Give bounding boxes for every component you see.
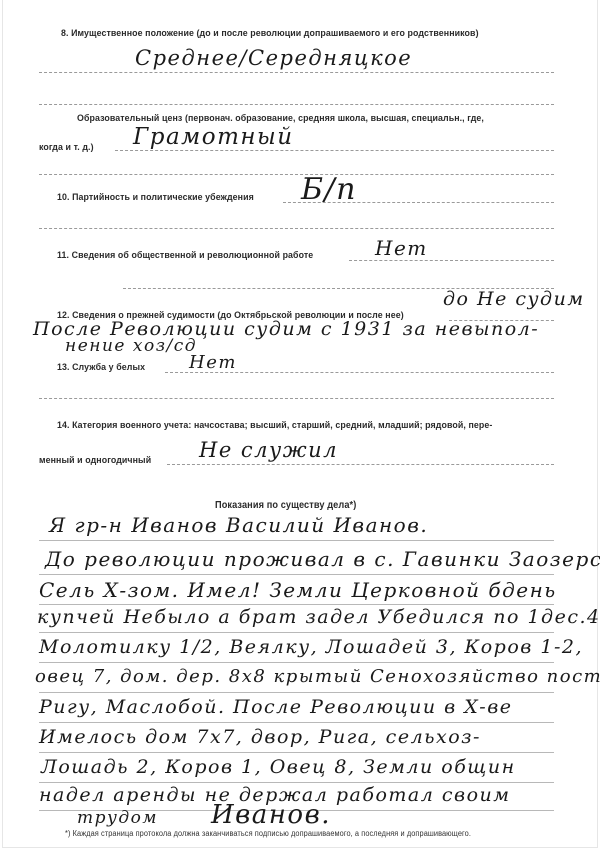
q12-answer-line1: до Не судим (443, 288, 585, 310)
q13-answer: Нет (189, 352, 237, 373)
q8-label: 8. Имущественное положение (до и после р… (61, 28, 479, 39)
ruled-line (39, 722, 554, 723)
ruled-line (39, 604, 554, 605)
testimony-line: купчей Небыло а брат задел Убедился по 1… (37, 606, 600, 628)
testimony-line: Молотилку 1/2, Веялку, Лошадей 3, Коров … (39, 636, 583, 658)
q14-label-line1: 14. Категория военного учета: начсостава… (57, 420, 492, 431)
testimony-line: Сель Х-зом. Имел! Земли Церковной бдень (39, 578, 557, 602)
q10-label: 10. Партийность и политические убеждения (57, 192, 254, 203)
testimony-line: Имелось дом 7х7, двор, Рига, сельхоз- (39, 726, 481, 748)
answer-line (39, 398, 554, 399)
q14-answer: Не служил (199, 438, 338, 462)
q12-answer-line3: нение хоз/сд (65, 336, 197, 356)
ruled-line (39, 692, 554, 693)
q9-label-line1: Образовательный ценз (первонач. образова… (77, 113, 484, 124)
answer-line (39, 104, 554, 105)
answer-line (115, 150, 554, 151)
answer-line (39, 72, 554, 73)
answer-line (39, 174, 554, 175)
ruled-line (39, 782, 554, 783)
q11-label: 11. Сведения об общественной и революцио… (57, 250, 313, 261)
ruled-line (39, 574, 554, 575)
q9-label-line2: когда и т. д.) (39, 142, 94, 153)
testimony-line: Лошадь 2, Коров 1, Овец 8, Земли общин (41, 756, 516, 778)
ruled-line (39, 632, 554, 633)
answer-line (39, 228, 554, 229)
ruled-line (39, 540, 554, 541)
signature: Иванов. (211, 800, 331, 830)
testimony-line: трудом (77, 808, 158, 828)
testimony-line: Я гр-н Иванов Василий Иванов. (49, 513, 428, 537)
protocol-page: 8. Имущественное положение (до и после р… (2, 0, 598, 848)
ruled-line (39, 752, 554, 753)
testimony-line: До революции проживал в с. Гавинки Заозе… (45, 547, 600, 571)
q14-label-line2: менный и одногодичный (39, 455, 151, 466)
answer-line (165, 372, 554, 373)
answer-line (167, 464, 554, 465)
ruled-line (39, 662, 554, 663)
testimony-heading: Показания по существу дела*) (215, 500, 356, 511)
testimony-line: овец 7, дом. дер. 8х8 крытый Сенохозяйст… (35, 666, 600, 687)
answer-line (283, 202, 554, 203)
q13-label: 13. Служба у белых (57, 362, 145, 373)
footnote: *) Каждая страница протокола должна зака… (65, 829, 471, 838)
q8-answer: Среднее/Середняцкое (135, 46, 412, 70)
q9-answer: Грамотный (133, 124, 294, 150)
answer-line (349, 260, 554, 261)
q11-answer: Нет (375, 236, 428, 260)
testimony-line: Ригу, Маслобой. После Революции в Х-ве (39, 696, 513, 718)
